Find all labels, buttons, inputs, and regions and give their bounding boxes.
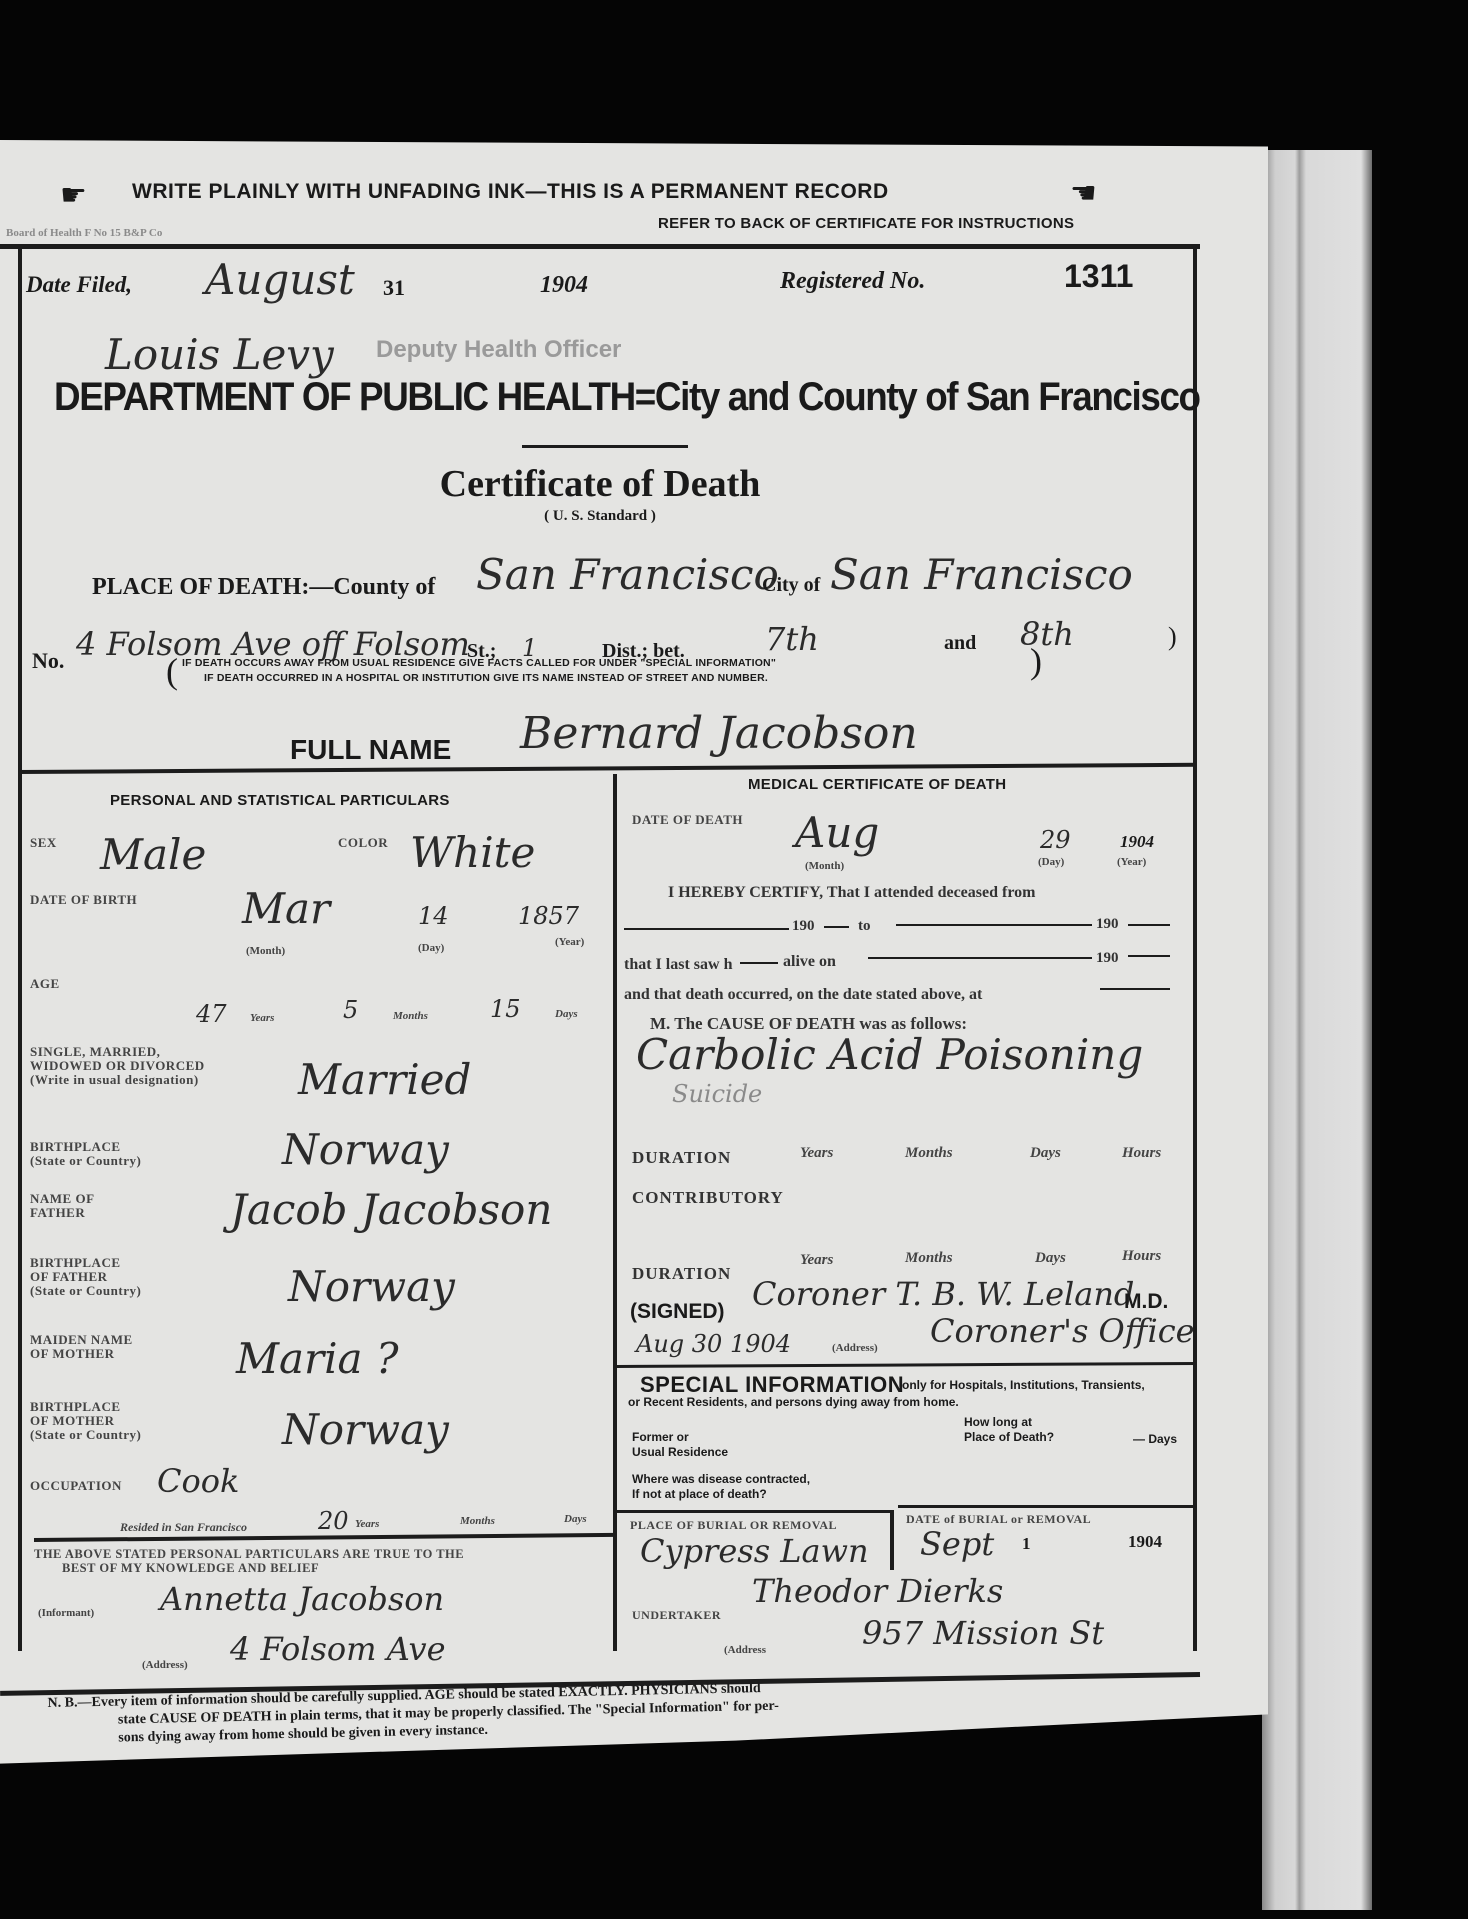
mother-label-line-1: MAIDEN NAME bbox=[30, 1333, 133, 1347]
signed-date: Aug 30 1904 bbox=[636, 1330, 791, 1358]
undertaker-value: Theodor Dierks bbox=[752, 1572, 1003, 1610]
age-days-caption: Days bbox=[555, 1008, 578, 1020]
resided-years-caption: Years bbox=[355, 1518, 379, 1530]
certificate-title: Certificate of Death bbox=[0, 462, 1200, 506]
dod-label: DATE OF DEATH bbox=[632, 813, 743, 827]
resided-months-caption: Months bbox=[460, 1515, 495, 1527]
informant-statement-2: BEST OF MY KNOWLEDGE AND BELIEF bbox=[62, 1561, 319, 1575]
date-filed-month: August bbox=[205, 255, 355, 304]
burial-date-year: 1904 bbox=[1128, 1532, 1162, 1552]
undertaker-label: UNDERTAKER bbox=[632, 1608, 721, 1622]
dod-month-caption: (Month) bbox=[805, 860, 844, 872]
between-street-2: 8th bbox=[1020, 615, 1074, 653]
birthplace-value: Norway bbox=[282, 1125, 449, 1174]
date-filed-year: 1904 bbox=[540, 272, 588, 299]
contracted-line-1: Where was disease contracted, bbox=[632, 1472, 810, 1487]
birthplace-label-line-2: (State or Country) bbox=[30, 1154, 141, 1168]
dod-month: Aug bbox=[795, 808, 879, 857]
between-street-1: 7th bbox=[765, 620, 819, 658]
marital-label: SINGLE, MARRIED, WIDOWED OR DIVORCED (Wr… bbox=[30, 1045, 205, 1087]
informant-label: (Informant) bbox=[38, 1607, 94, 1619]
duration-months-1: Months bbox=[905, 1145, 953, 1162]
place-note-1: IF DEATH OCCURS AWAY FROM USUAL RESIDENC… bbox=[182, 657, 776, 669]
age-days: 15 bbox=[490, 995, 521, 1023]
to-dash bbox=[1128, 924, 1170, 926]
from-dash bbox=[824, 926, 849, 928]
place-note-2: IF DEATH OCCURRED IN A HOSPITAL OR INSTI… bbox=[204, 672, 768, 684]
alive-year: 190 bbox=[1096, 950, 1119, 967]
paren-close: ) bbox=[1168, 622, 1177, 652]
medical-heading: MEDICAL CERTIFICATE OF DEATH bbox=[748, 776, 1006, 793]
undertaker-address: 957 Mission St bbox=[862, 1614, 1104, 1652]
father-bp-label-line-3: (State or Country) bbox=[30, 1284, 141, 1298]
burial-place-value: Cypress Lawn bbox=[640, 1532, 869, 1570]
alive-on-label: alive on bbox=[783, 953, 836, 971]
certify-statement: I HEREBY CERTIFY, That I attended deceas… bbox=[668, 884, 1035, 902]
former-residence-line-2: Usual Residence bbox=[632, 1445, 728, 1460]
date-filed-day: 31 bbox=[383, 275, 405, 301]
burial-date-month: Sept bbox=[920, 1525, 994, 1563]
duration-years-2: Years bbox=[800, 1252, 833, 1269]
resided-days-caption: Days bbox=[564, 1513, 587, 1525]
column-divider bbox=[613, 774, 617, 1651]
mother-value: Maria ? bbox=[236, 1334, 398, 1383]
how-long-line-2: Place of Death? bbox=[964, 1430, 1054, 1445]
to-label: to bbox=[858, 918, 871, 935]
duration-days-1: Days bbox=[1030, 1145, 1061, 1162]
marital-label-line-3: (Write in usual designation) bbox=[30, 1073, 205, 1087]
mother-label-line-2: OF MOTHER bbox=[30, 1347, 133, 1361]
pronoun-line bbox=[740, 962, 778, 964]
informant-address-label: (Address) bbox=[142, 1659, 188, 1671]
binding-edge bbox=[1262, 150, 1372, 1910]
duration-hours-1: Hours bbox=[1122, 1145, 1161, 1162]
to-date-line bbox=[896, 924, 1092, 926]
duration-months-2: Months bbox=[905, 1250, 953, 1267]
age-years-caption: Years bbox=[250, 1012, 274, 1024]
pointing-hand-left-icon: ☛ bbox=[60, 178, 87, 213]
officer-signature: Louis Levy bbox=[105, 330, 334, 379]
how-long-days: — Days bbox=[1133, 1432, 1177, 1446]
mother-birthplace-value: Norway bbox=[282, 1405, 449, 1454]
marital-label-line-2: WIDOWED OR DIVORCED bbox=[30, 1059, 205, 1073]
dod-year-caption: (Year) bbox=[1117, 856, 1146, 868]
place-of-death-label: PLACE OF DEATH:—County of bbox=[92, 574, 435, 601]
dob-month-caption: (Month) bbox=[246, 945, 285, 957]
father-label-line-2: FATHER bbox=[30, 1206, 95, 1220]
mother-birthplace-label: BIRTHPLACE OF MOTHER (State or Country) bbox=[30, 1400, 141, 1442]
former-residence-line-1: Former or bbox=[632, 1430, 728, 1445]
last-saw-label: that I last saw h bbox=[624, 956, 732, 974]
age-years: 47 bbox=[196, 1000, 227, 1028]
color-value: White bbox=[410, 828, 535, 877]
printer-mark: Board of Health F No 15 B&P Co bbox=[6, 227, 162, 239]
paren-close-2: ) bbox=[1030, 640, 1042, 682]
full-name-label: FULL NAME bbox=[290, 734, 451, 766]
occupation-value: Cook bbox=[157, 1462, 239, 1500]
signed-label: (SIGNED) bbox=[630, 1300, 725, 1324]
alive-dash bbox=[1128, 955, 1170, 957]
father-birthplace-label: BIRTHPLACE OF FATHER (State or Country) bbox=[30, 1256, 141, 1298]
contributory-label: CONTRIBUTORY bbox=[632, 1188, 784, 1208]
marital-value: Married bbox=[298, 1055, 471, 1104]
dod-year: 1904 bbox=[1120, 832, 1154, 852]
cause-value: Carbolic Acid Poisoning bbox=[636, 1030, 1143, 1079]
former-residence-label: Former or Usual Residence bbox=[632, 1430, 728, 1460]
personal-heading: PERSONAL AND STATISTICAL PARTICULARS bbox=[110, 792, 450, 809]
birthplace-label-line-1: BIRTHPLACE bbox=[30, 1140, 141, 1154]
signed-by: Coroner T. B. W. Leland bbox=[752, 1275, 1134, 1313]
resided-label: Resided in San Francisco bbox=[120, 1520, 247, 1535]
mother-bp-label-line-1: BIRTHPLACE bbox=[30, 1400, 141, 1414]
special-heading-note: only for Hospitals, Institutions, Transi… bbox=[902, 1378, 1145, 1392]
and-label: and bbox=[944, 632, 976, 655]
burial-divider bbox=[890, 1510, 894, 1570]
how-long-label: How long at Place of Death? bbox=[964, 1415, 1054, 1445]
title-divider bbox=[522, 445, 688, 448]
how-long-line-1: How long at bbox=[964, 1415, 1054, 1430]
registered-label: Registered No. bbox=[780, 268, 925, 295]
dod-day-caption: (Day) bbox=[1038, 856, 1064, 868]
father-bp-label-line-1: BIRTHPLACE bbox=[30, 1256, 141, 1270]
resided-years: 20 bbox=[318, 1507, 349, 1535]
signed-address: Coroner's Office bbox=[930, 1312, 1195, 1350]
father-birthplace-value: Norway bbox=[288, 1262, 455, 1311]
header-warning: WRITE PLAINLY WITH UNFADING INK—THIS IS … bbox=[132, 180, 889, 204]
sex-label: SEX bbox=[30, 836, 57, 850]
pointing-hand-right-icon: ☛ bbox=[1070, 176, 1097, 211]
officer-title-stamp: Deputy Health Officer bbox=[376, 336, 621, 364]
undertaker-address-label: (Address bbox=[724, 1644, 766, 1656]
county-value: San Francisco bbox=[476, 550, 779, 599]
informant-name: Annetta Jacobson bbox=[160, 1580, 444, 1618]
cause-note: Suicide bbox=[672, 1080, 762, 1108]
father-label-line-1: NAME OF bbox=[30, 1192, 95, 1206]
mother-label: MAIDEN NAME OF MOTHER bbox=[30, 1333, 133, 1361]
dob-label: DATE OF BIRTH bbox=[30, 893, 137, 907]
mother-bp-label-line-3: (State or Country) bbox=[30, 1428, 141, 1442]
age-months: 5 bbox=[343, 996, 358, 1024]
registered-number: 1311 bbox=[1064, 258, 1133, 295]
color-label: COLOR bbox=[338, 836, 388, 850]
contracted-label: Where was disease contracted, If not at … bbox=[632, 1472, 810, 1502]
mother-bp-label-line-2: OF MOTHER bbox=[30, 1414, 141, 1428]
dob-day-caption: (Day) bbox=[418, 942, 444, 954]
from-year: 190 bbox=[792, 918, 815, 935]
contracted-line-2: If not at place of death? bbox=[632, 1487, 810, 1502]
standard-note: ( U. S. Standard ) bbox=[0, 508, 1200, 525]
dob-day: 14 bbox=[418, 902, 449, 930]
duration-days-2: Days bbox=[1035, 1250, 1066, 1267]
age-label: AGE bbox=[30, 977, 60, 991]
city-label: City of bbox=[762, 574, 820, 597]
burial-place-label: PLACE OF BURIAL OR REMOVAL bbox=[630, 1518, 837, 1532]
dob-month: Mar bbox=[242, 884, 330, 933]
duration-label-2: DURATION bbox=[632, 1264, 731, 1284]
duration-label-1: DURATION bbox=[632, 1148, 731, 1168]
birthplace-label: BIRTHPLACE (State or Country) bbox=[30, 1140, 141, 1168]
department-title: DEPARTMENT OF PUBLIC HEALTH=City and Cou… bbox=[54, 375, 1200, 420]
age-months-caption: Months bbox=[393, 1010, 428, 1022]
burial-rule-right bbox=[898, 1505, 1197, 1508]
burial-rule-left bbox=[617, 1510, 892, 1513]
death-time-line bbox=[1100, 988, 1170, 990]
sex-value: Male bbox=[100, 830, 206, 879]
father-bp-label-line-2: OF FATHER bbox=[30, 1270, 141, 1284]
street-no-label: No. bbox=[32, 648, 64, 674]
duration-hours-2: Hours bbox=[1122, 1248, 1161, 1265]
marital-label-line-1: SINGLE, MARRIED, bbox=[30, 1045, 205, 1059]
full-name-value: Bernard Jacobson bbox=[520, 708, 918, 759]
dob-year: 1857 bbox=[518, 902, 579, 930]
alive-date-line bbox=[868, 957, 1092, 959]
signed-address-label: (Address) bbox=[832, 1342, 878, 1354]
special-heading-note-2: or Recent Residents, and persons dying a… bbox=[628, 1395, 959, 1409]
father-value: Jacob Jacobson bbox=[230, 1185, 552, 1234]
duration-years-1: Years bbox=[800, 1145, 833, 1162]
burial-date-label: DATE of BURIAL or REMOVAL bbox=[906, 1512, 1091, 1526]
dob-year-caption: (Year) bbox=[555, 936, 584, 948]
father-label: NAME OF FATHER bbox=[30, 1192, 95, 1220]
city-value: San Francisco bbox=[830, 550, 1133, 599]
informant-address: 4 Folsom Ave bbox=[230, 1630, 446, 1668]
death-occurred-label: and that death occurred, on the date sta… bbox=[624, 986, 982, 1004]
md-label: M.D. bbox=[1124, 1290, 1168, 1314]
burial-date-day: 1 bbox=[1022, 1534, 1031, 1554]
occupation-label: OCCUPATION bbox=[30, 1479, 122, 1493]
informant-statement-1: THE ABOVE STATED PERSONAL PARTICULARS AR… bbox=[34, 1547, 464, 1561]
date-filed-label: Date Filed, bbox=[26, 272, 132, 298]
from-date-line bbox=[624, 928, 789, 930]
instructions-note: REFER TO BACK OF CERTIFICATE FOR INSTRUC… bbox=[658, 215, 1074, 232]
dod-day: 29 bbox=[1040, 826, 1071, 854]
to-year: 190 bbox=[1096, 916, 1119, 933]
paren-open: ( bbox=[166, 650, 178, 692]
